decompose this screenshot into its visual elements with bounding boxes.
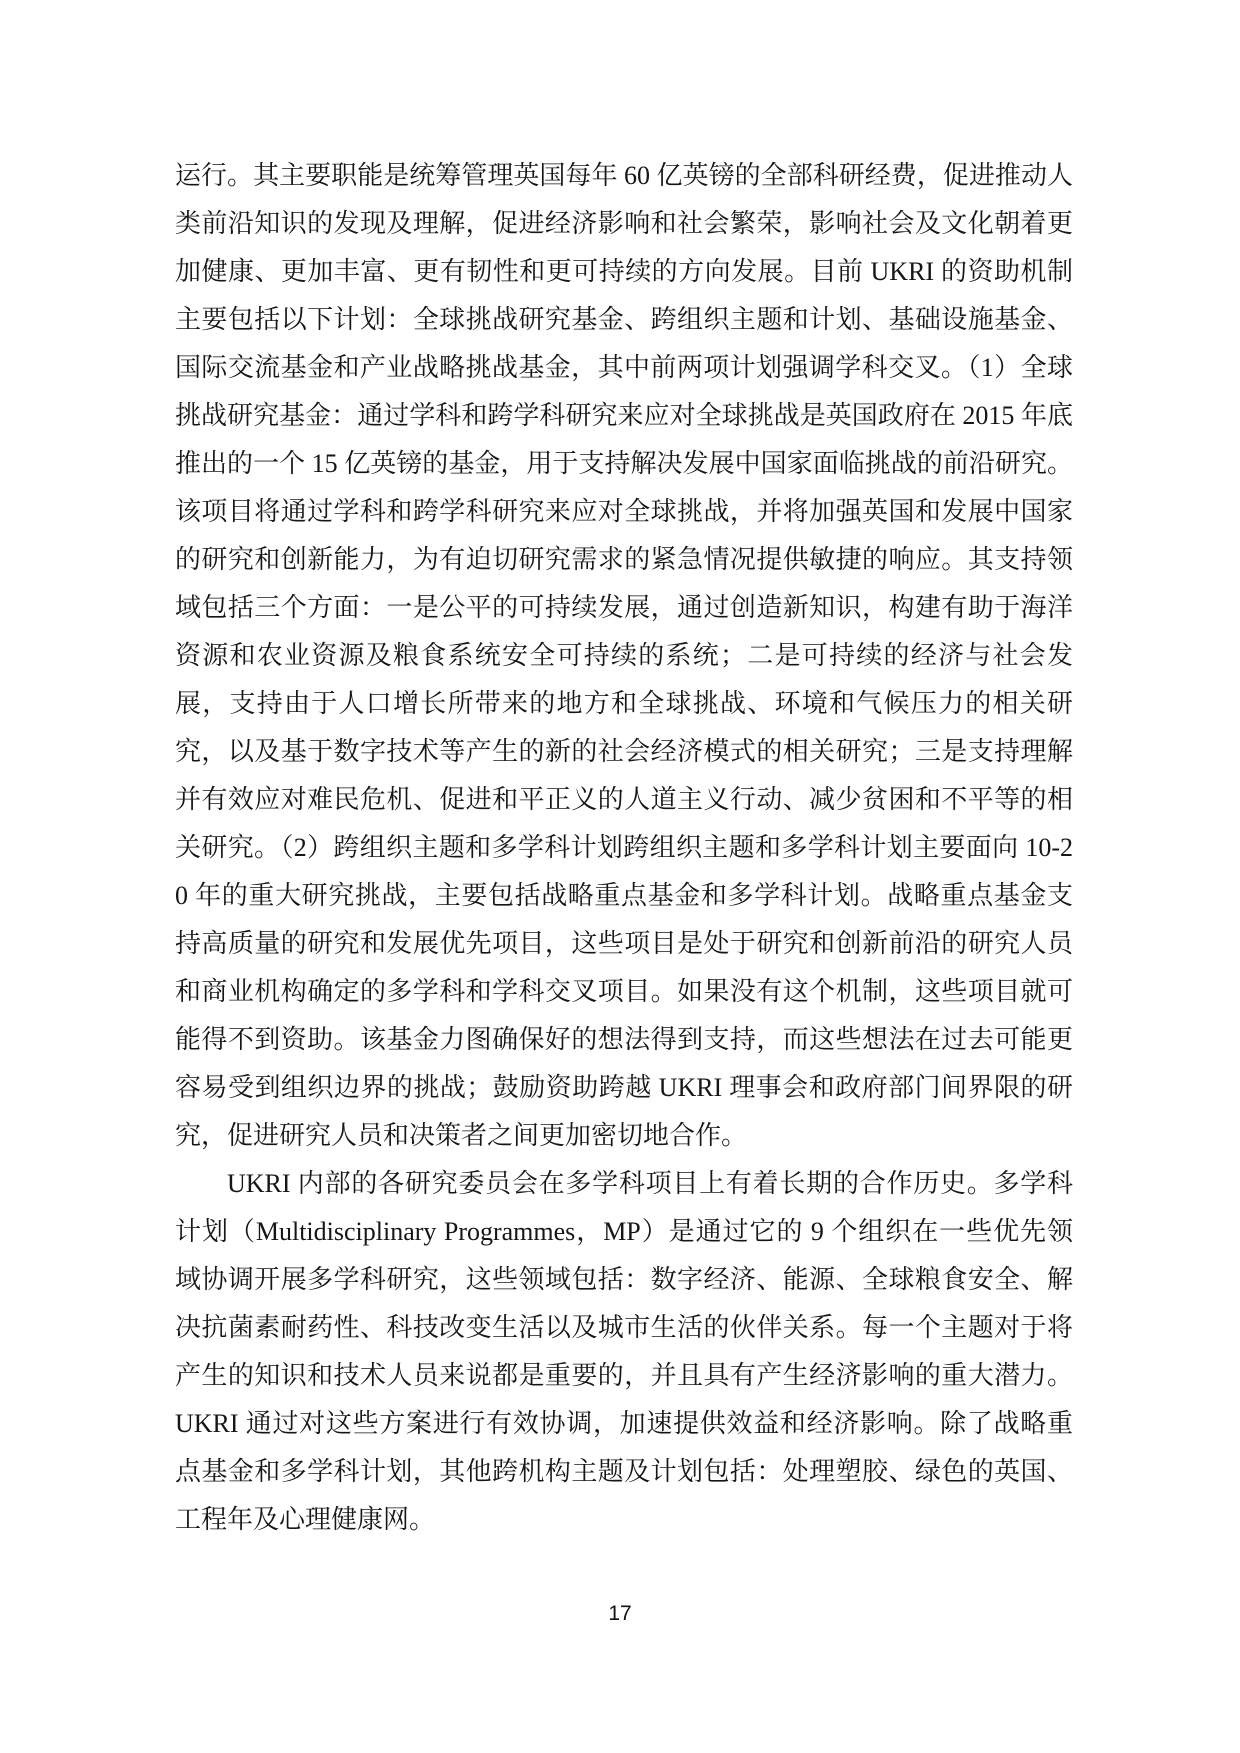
page-number: 17 — [608, 1602, 631, 1625]
paragraph-ukri-funding-mechanisms: 运行。其主要职能是统筹管理英国每年 60 亿英镑的全部科研经费，促进推动人类前沿… — [175, 152, 1073, 1160]
page-footer: 17 — [0, 1600, 1240, 1628]
document-page: 运行。其主要职能是统筹管理英国每年 60 亿英镑的全部科研经费，促进推动人类前沿… — [0, 0, 1240, 1753]
page-body-text: 运行。其主要职能是统筹管理英国每年 60 亿英镑的全部科研经费，促进推动人类前沿… — [175, 152, 1073, 1544]
paragraph-multidisciplinary-programmes: UKRI 内部的各研究委员会在多学科项目上有着长期的合作历史。多学科计划（Mul… — [175, 1160, 1073, 1544]
